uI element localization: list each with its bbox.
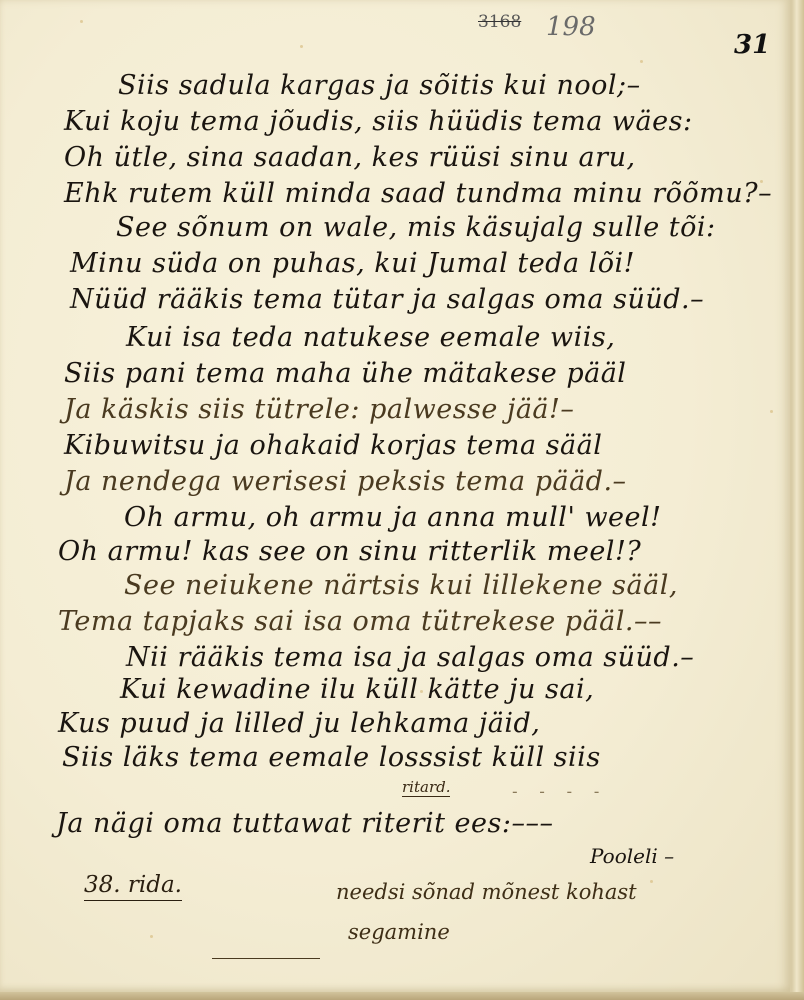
poem-line: Tema tapjaks sai isa oma tütrekese pääl.… <box>58 606 662 637</box>
poem-line: Nüüd rääkis tema tütar ja salgas oma süü… <box>70 284 704 315</box>
poem-line: Siis sadula kargas ja sõitis kui nool;– <box>118 70 641 101</box>
poem-line: Siis pani tema maha ühe mätakese pääl <box>64 358 626 389</box>
page-bottom-edge <box>0 992 804 1000</box>
poem-line: Ja nägi oma tuttawat riterit ees:––– <box>56 808 553 839</box>
poem-line: Kui isa teda natukese eemale wiis, <box>126 322 615 353</box>
interlinear-note: ritard. <box>402 778 450 797</box>
editor-remark-line1: needsi sõnad mõnest kohast <box>336 880 637 904</box>
page-right-edge <box>792 0 804 1000</box>
paper-speck <box>650 880 653 883</box>
paper-speck <box>640 60 643 63</box>
manuscript-page: 3168 198 31 Siis sadula kargas ja sõitis… <box>0 0 793 992</box>
poem-line: Ehk rutem küll minda saad tundma minu rõ… <box>64 178 772 209</box>
poem-line: Kui koju tema jõudis, siis hüüdis tema w… <box>64 106 693 137</box>
poem-line: Oh armu, oh armu ja anna mull' weel! <box>124 502 662 533</box>
poem-line: Oh armu! kas see on sinu ritterlik meel!… <box>58 536 641 567</box>
paper-speck <box>770 410 773 413</box>
line-count-note: 38. rida. <box>84 872 182 901</box>
underline-stroke <box>212 958 320 959</box>
poem-line: See sõnum on wale, mis käsujalg sulle tõ… <box>116 212 716 243</box>
paper-speck <box>150 935 153 938</box>
poem-line: Ja käskis siis tütrele: palwesse jää!– <box>64 394 574 425</box>
poem-line: Kui kewadine ilu küll kätte ju sai, <box>120 674 594 705</box>
poem-line: See neiukene närtsis kui lillekene sääl, <box>124 570 678 601</box>
poem-line: Nii rääkis tema isa ja salgas oma süüd.– <box>126 642 694 673</box>
editor-remark-line2: segamine <box>348 920 450 944</box>
page-number: 31 <box>734 30 770 60</box>
poem-line: Oh ütle, sina saadan, kes rüüsi sinu aru… <box>64 142 636 173</box>
poem-line: Kibuwitsu ja ohakaid korjas tema sääl <box>64 430 602 461</box>
unfinished-mark: Pooleli – <box>590 844 674 868</box>
poem-line: Minu süda on puhas, kui Jumal teda lõi! <box>70 248 635 279</box>
paper-speck <box>80 20 83 23</box>
folio-number: 198 <box>546 12 596 42</box>
poem-line: Kus puud ja lilled ju lehkama jäid, <box>58 708 540 739</box>
poem-line: Siis läks tema eemale losssist küll siis <box>62 742 601 773</box>
paper-speck <box>300 45 303 48</box>
poem-line: Ja nendega werisesi peksis tema pääd.– <box>64 466 627 497</box>
archive-number: 3168 <box>478 12 521 32</box>
interlinear-dashes: - - - - <box>510 782 605 801</box>
